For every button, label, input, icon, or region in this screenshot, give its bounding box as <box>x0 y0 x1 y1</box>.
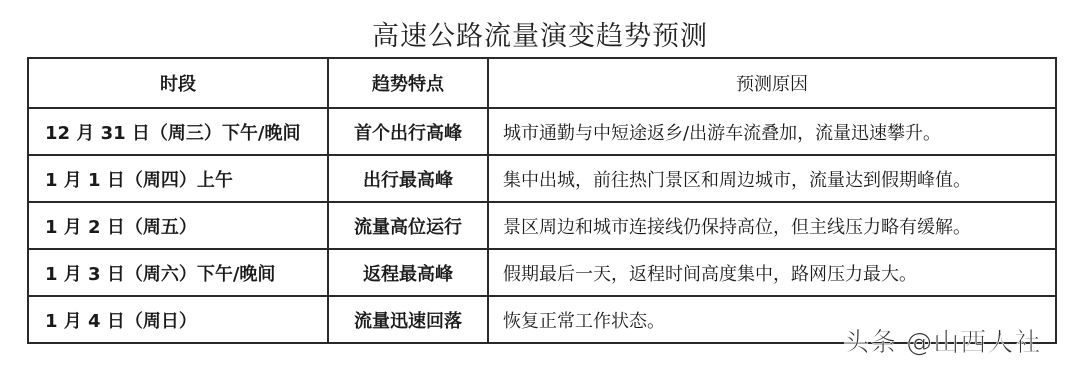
page-title: 高速公路流量演变趋势预测 <box>0 14 1080 53</box>
header-period: 时段 <box>28 58 328 108</box>
cell-period: 1 月 2 日（周五） <box>28 202 328 249</box>
cell-trend: 出行最高峰 <box>328 155 488 202</box>
cell-reason: 集中出城，前往热门景区和周边城市，流量达到假期峰值。 <box>488 155 1056 202</box>
cell-reason: 景区周边和城市连接线仍保持高位，但主线压力略有缓解。 <box>488 202 1056 249</box>
cell-period: 1 月 3 日（周六）下午/晚间 <box>28 249 328 296</box>
cell-period: 12 月 31 日（周三）下午/晚间 <box>28 108 328 155</box>
cell-reason: 假期最后一天，返程时间高度集中，路网压力最大。 <box>488 249 1056 296</box>
table-header-row: 时段 趋势特点 预测原因 <box>28 58 1056 108</box>
header-trend: 趋势特点 <box>328 58 488 108</box>
cell-trend: 返程最高峰 <box>328 249 488 296</box>
table-row: 1 月 1 日（周四）上午 出行最高峰 集中出城，前往热门景区和周边城市，流量达… <box>28 155 1056 202</box>
source-watermark: 头条 @山西人社 <box>843 322 1041 359</box>
table-row: 1 月 3 日（周六）下午/晚间 返程最高峰 假期最后一天，返程时间高度集中，路… <box>28 249 1056 296</box>
table-row: 1 月 2 日（周五） 流量高位运行 景区周边和城市连接线仍保持高位，但主线压力… <box>28 202 1056 249</box>
table-row: 12 月 31 日（周三）下午/晚间 首个出行高峰 城市通勤与中短途返乡/出游车… <box>28 108 1056 155</box>
cell-trend: 流量高位运行 <box>328 202 488 249</box>
cell-period: 1 月 4 日（周日） <box>28 296 328 343</box>
cell-period: 1 月 1 日（周四）上午 <box>28 155 328 202</box>
cell-trend: 流量迅速回落 <box>328 296 488 343</box>
traffic-forecast-table: 时段 趋势特点 预测原因 12 月 31 日（周三）下午/晚间 首个出行高峰 城… <box>27 57 1057 344</box>
cell-trend: 首个出行高峰 <box>328 108 488 155</box>
cell-reason: 城市通勤与中短途返乡/出游车流叠加，流量迅速攀升。 <box>488 108 1056 155</box>
header-reason: 预测原因 <box>488 58 1056 108</box>
